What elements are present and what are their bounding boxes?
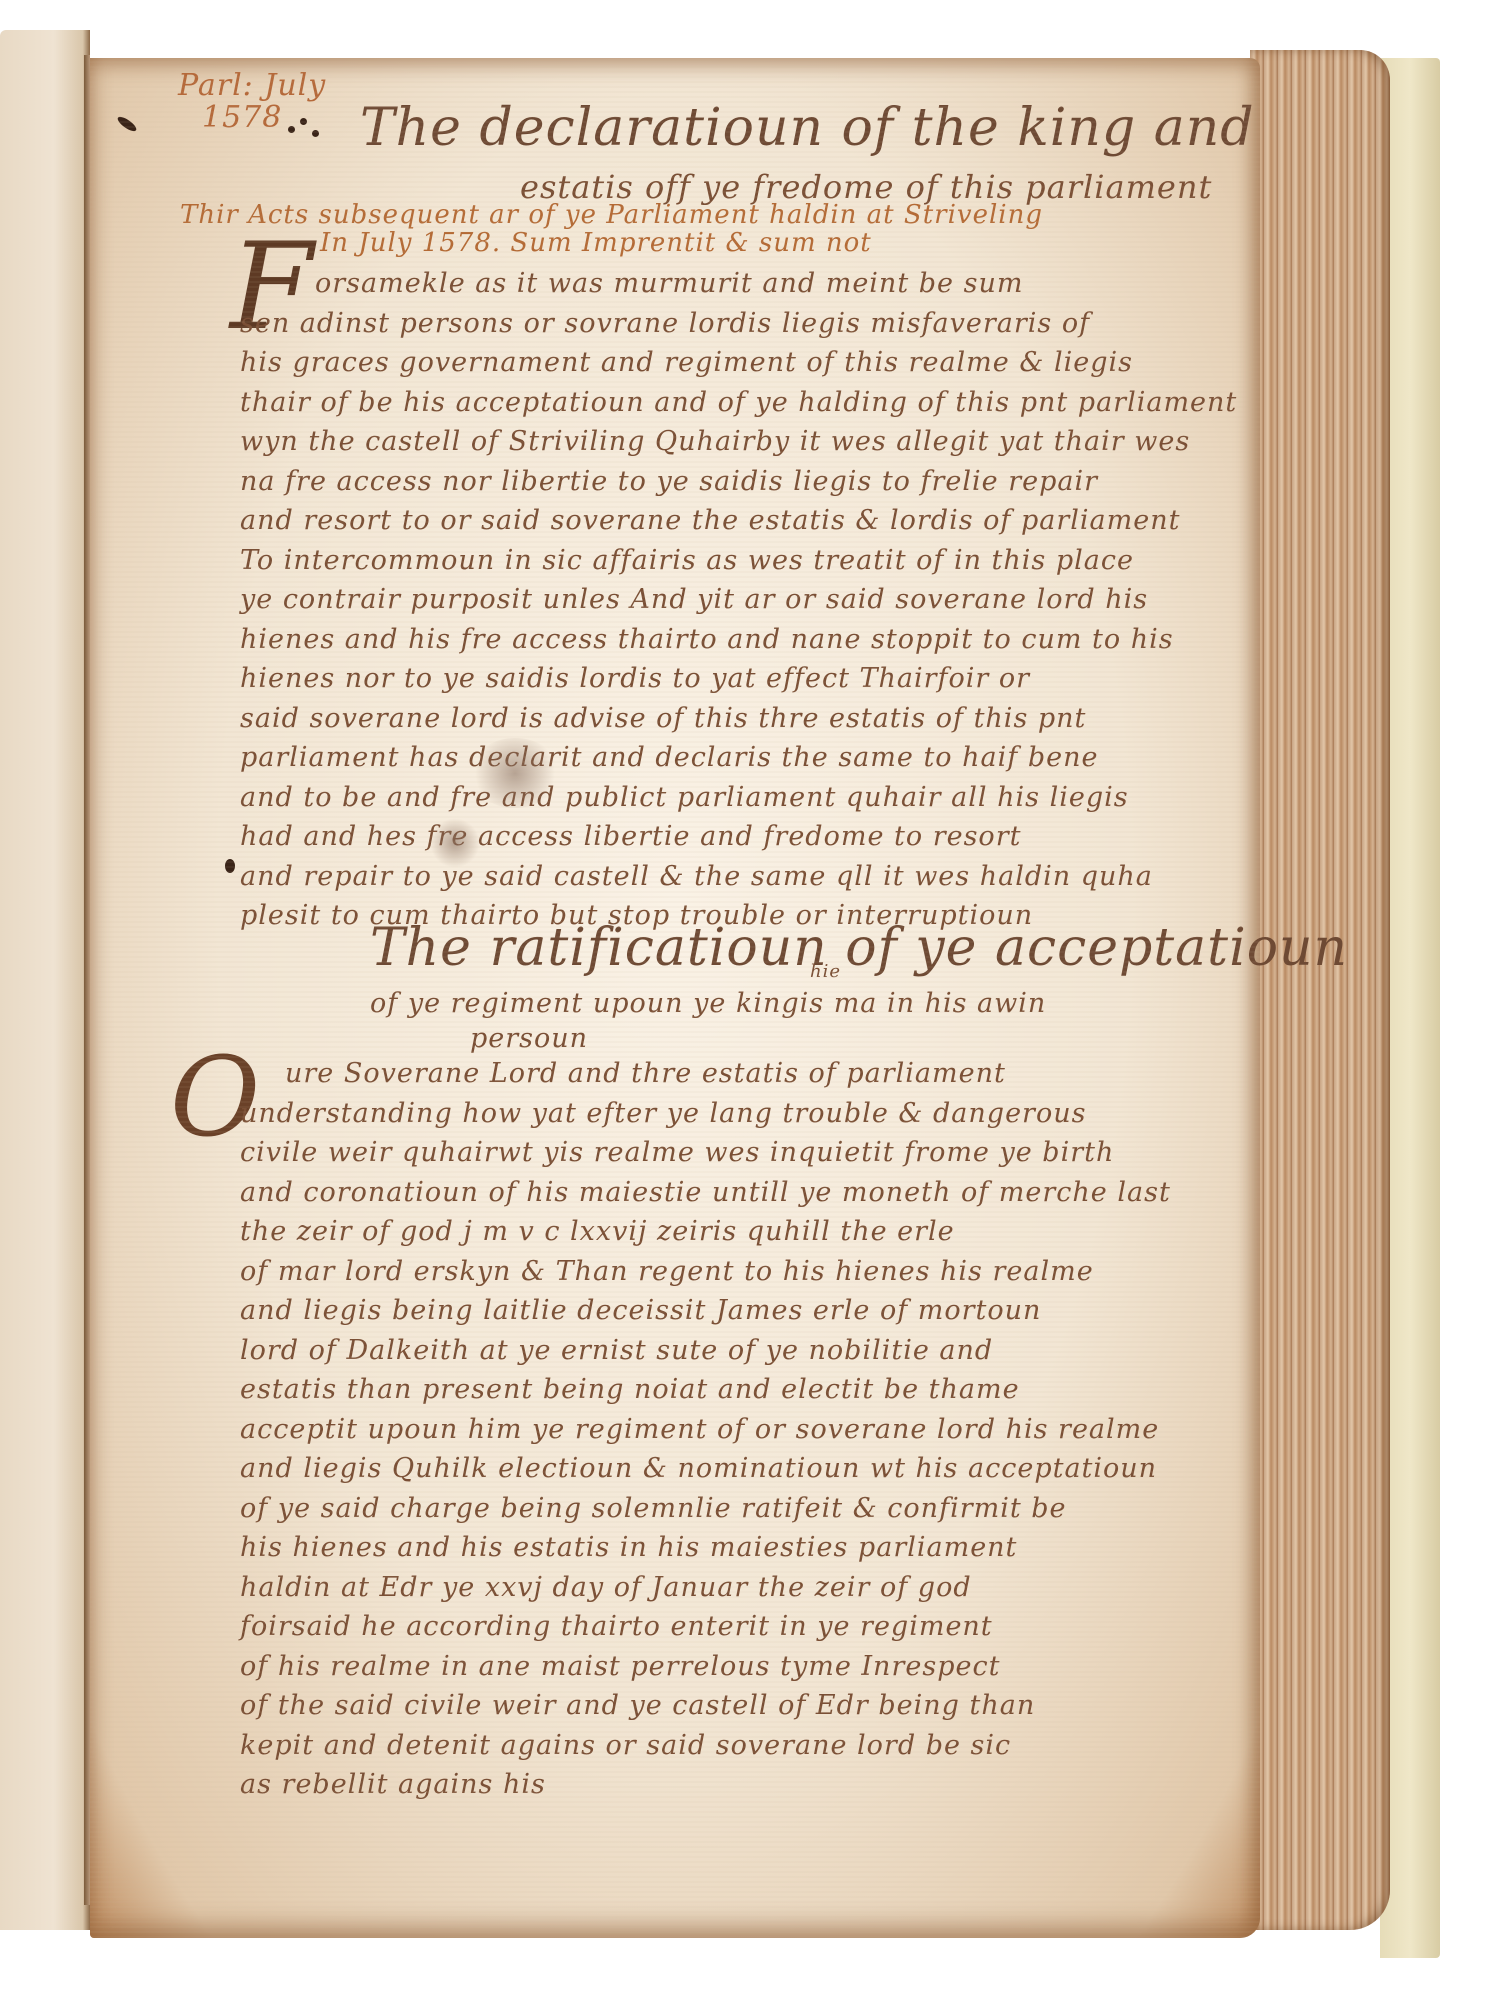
section1-title-line1: The declaratioun of the king and bbox=[360, 98, 1255, 158]
manuscript-line: foirsaid he according thairto enterit in… bbox=[240, 1611, 993, 1642]
manuscript-line: hienes and his fre access thairto and na… bbox=[240, 624, 1174, 655]
manuscript-line: the zeir of god j m v c lxxvij zeiris qu… bbox=[240, 1216, 955, 1247]
section1-title-line2: estatis off ye fredome of this parliamen… bbox=[520, 168, 1212, 206]
manuscript-line: said soverane lord is advise of this thr… bbox=[240, 703, 1086, 734]
manuscript-line: of mar lord erskyn & Than regent to his … bbox=[240, 1256, 1094, 1287]
manuscript-line: of his realme in ane maist perrelous tym… bbox=[240, 1651, 1000, 1682]
ink-dot bbox=[300, 118, 307, 125]
section2-title-line3: persoun bbox=[470, 1023, 588, 1054]
manuscript-line: sen adinst persons or sovrane lordis lie… bbox=[240, 308, 1090, 339]
manuscript-line: wyn the castell of Striviling Quhairby i… bbox=[240, 426, 1190, 457]
manuscript-line: thair of be his acceptatioun and of ye h… bbox=[240, 387, 1237, 418]
manuscript-line: lord of Dalkeith at ye ernist sute of ye… bbox=[240, 1335, 993, 1366]
manuscript-line: civile weir quhairwt yis realme wes inqu… bbox=[240, 1137, 1114, 1168]
manuscript-line: and liegis Quhilk electioun & nominatiou… bbox=[240, 1453, 1157, 1484]
manuscript-line: of ye said charge being solemnlie ratife… bbox=[240, 1493, 1067, 1524]
ink-stroke bbox=[116, 114, 139, 133]
ink-dot bbox=[312, 130, 319, 137]
section2-title-line1: The ratificatioun of ye acceptatioun bbox=[370, 918, 1348, 978]
manuscript-line: ye contrair purposit unles And yit ar or… bbox=[240, 584, 1148, 615]
annotation-parl-july: Parl: July bbox=[178, 68, 326, 103]
section2-superscript: hie bbox=[810, 961, 841, 982]
manuscript-line: hienes nor to ye saidis lordis to yat ef… bbox=[240, 663, 1030, 694]
manuscript-line: estatis than present being noiat and ele… bbox=[240, 1374, 1020, 1405]
section2-title-line2: of ye regiment upoun ye kingis ma in his… bbox=[370, 988, 1046, 1019]
manuscript-line: na fre access nor libertie to ye saidis … bbox=[240, 466, 1098, 497]
manuscript-line: haldin at Edr ye xxvj day of Januar the … bbox=[240, 1572, 972, 1603]
manuscript-line: understanding how yat efter ye lang trou… bbox=[240, 1098, 1086, 1129]
manuscript-line: and liegis being laitlie deceissit James… bbox=[240, 1295, 1041, 1326]
manuscript-line: and coronatioun of his maiestie untill y… bbox=[240, 1177, 1171, 1208]
ink-smudge bbox=[470, 738, 560, 808]
manuscript-line: parliament has declarit and declaris the… bbox=[240, 742, 1098, 773]
manuscript-line: his hienes and his estatis in his maiest… bbox=[240, 1532, 1017, 1563]
manuscript-line: and resort to or said soverane the estat… bbox=[240, 505, 1180, 536]
manuscript-line: ure Soverane Lord and thre estatis of pa… bbox=[285, 1058, 1006, 1089]
section1-annotation-line2: In July 1578. Sum Imprentit & sum not bbox=[320, 228, 872, 258]
manuscript-page: Parl: July 1578 The declaratioun of the … bbox=[90, 58, 1260, 1938]
page-block-edges bbox=[1250, 50, 1390, 1930]
manuscript-line: plesit to cum thairto but stop trouble o… bbox=[240, 900, 1033, 931]
manuscript-line: orsamekle as it was murmurit and meint b… bbox=[315, 268, 1023, 299]
manuscript-line: had and hes fre access libertie and fred… bbox=[240, 821, 1021, 852]
manuscript-line: To intercommoun in sic affairis as wes t… bbox=[240, 545, 1134, 576]
manuscript-line: as rebellit agains his bbox=[240, 1769, 546, 1800]
dropcap-o: O bbox=[170, 1033, 260, 1161]
ink-dot bbox=[288, 126, 295, 133]
facing-left-page bbox=[0, 30, 90, 1930]
manuscript-line: his graces governament and regiment of t… bbox=[240, 347, 1133, 378]
manuscript-line: and repair to ye said castell & the same… bbox=[240, 861, 1153, 892]
ink-smudge bbox=[430, 818, 480, 868]
manuscript-line: and to be and fre and publict parliament… bbox=[240, 782, 1129, 813]
manuscript-line: kepit and detenit agains or said soveran… bbox=[240, 1730, 1011, 1761]
manuscript-line: of the said civile weir and ye castell o… bbox=[240, 1690, 1035, 1721]
dropcap-f: F bbox=[230, 218, 313, 357]
ink-blot bbox=[225, 859, 235, 873]
section1-annotation-line1: Thir Acts subsequent ar of ye Parliament… bbox=[180, 200, 1043, 230]
manuscript-line: acceptit upoun him ye regiment of or sov… bbox=[240, 1414, 1159, 1445]
annotation-year: 1578 bbox=[202, 100, 282, 135]
